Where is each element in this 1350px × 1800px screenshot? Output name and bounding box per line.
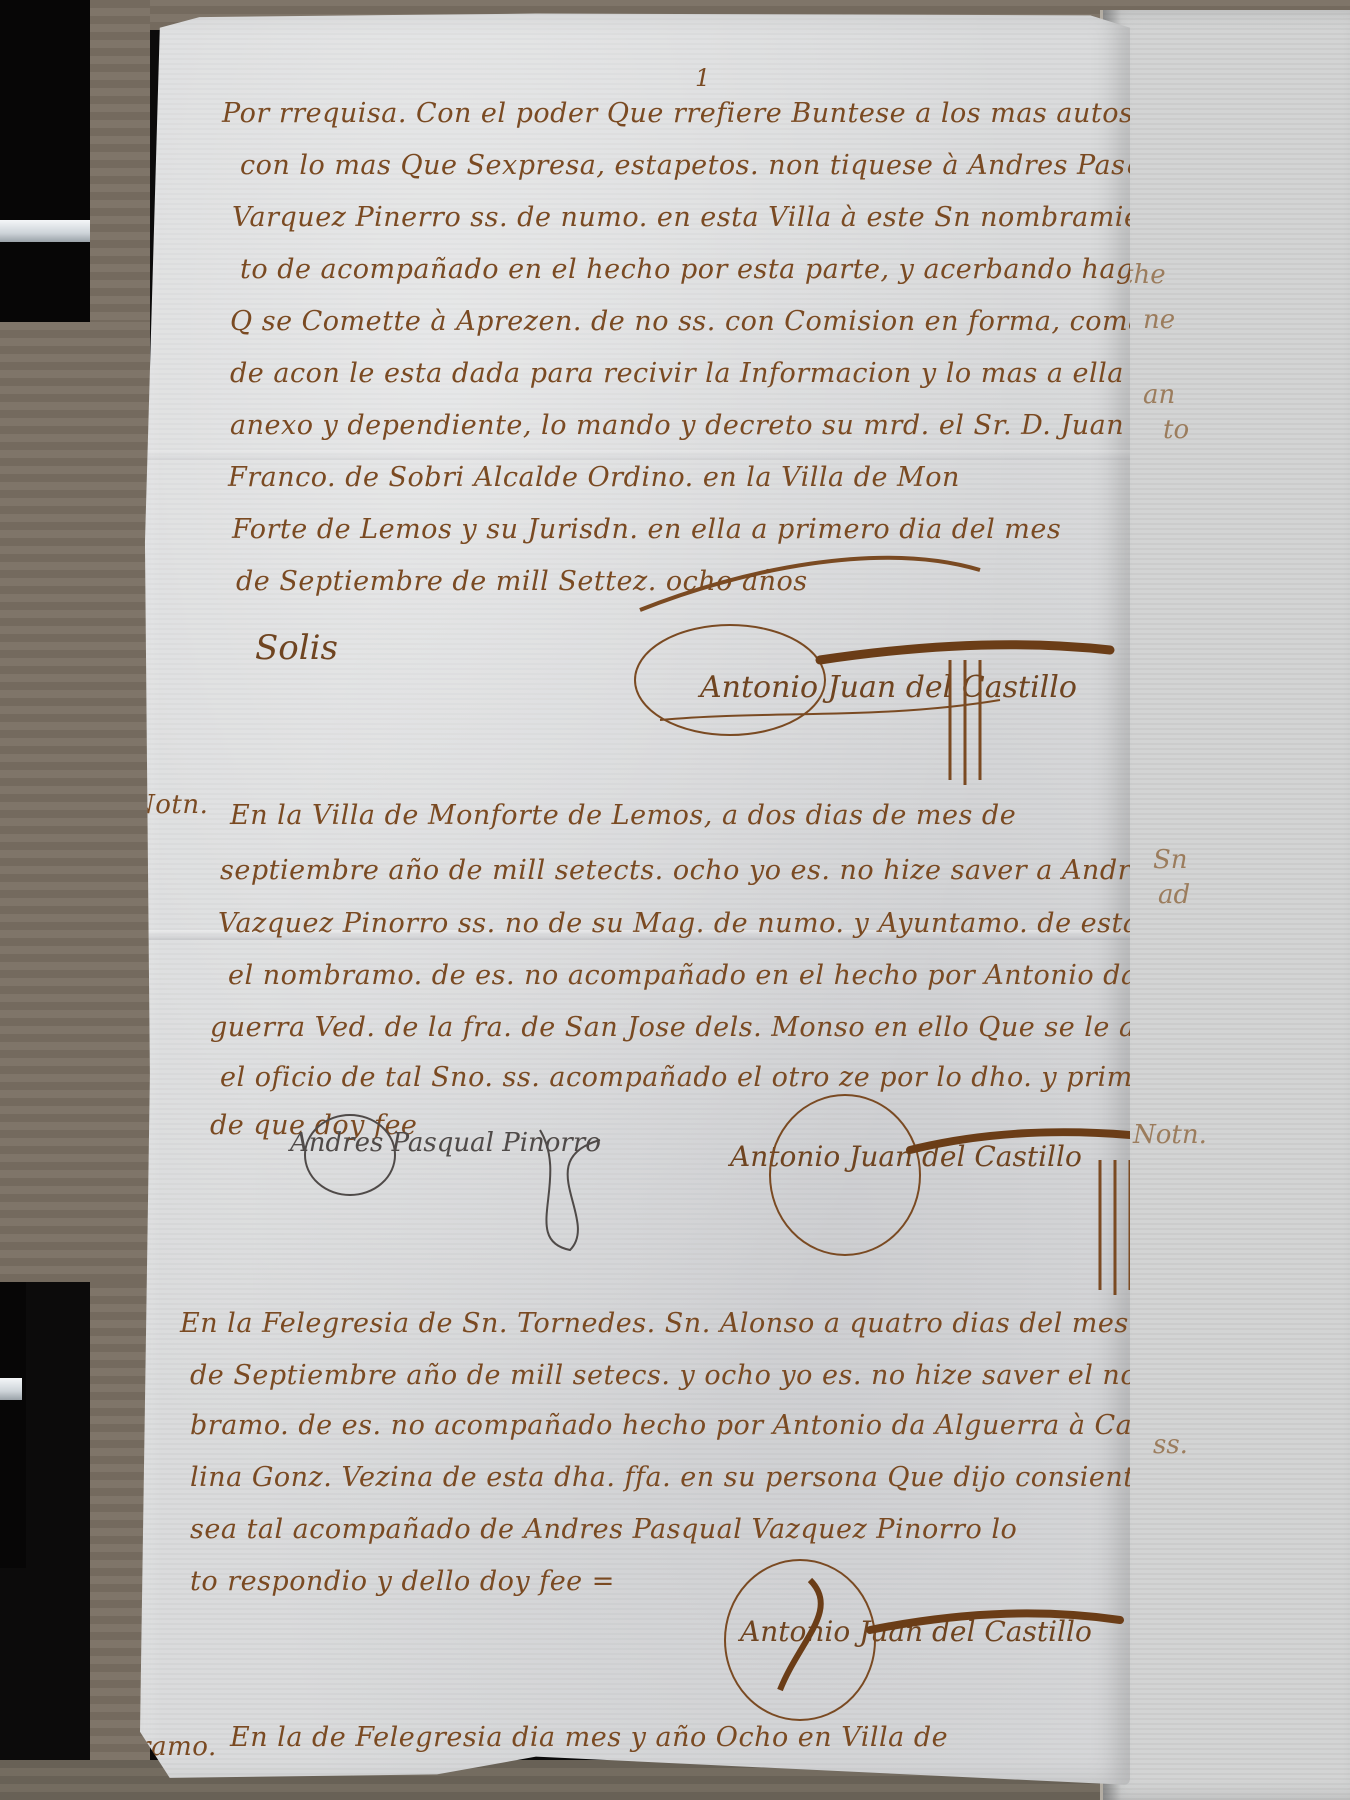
adjacent-page: the ne an to ss. Sn ad Notn. [1100, 10, 1350, 1800]
manuscript-line: anexo y dependiente, lo mando y decreto … [230, 410, 1124, 441]
manuscript-line: Varquez Pinerro ss. de numo. en esta Vil… [232, 202, 1186, 233]
manuscript-line: Por rrequisa. Con el poder Que rrefiere … [222, 98, 1133, 129]
manuscript-line: con lo mas Que Sexpresa, estapetos. non … [240, 150, 1187, 181]
margin-rubric: Solis [255, 628, 338, 668]
manuscript-line: bramo. de es. no acompañado hecho por An… [190, 1410, 1178, 1441]
signature-flourish-icon [720, 1550, 1140, 1750]
manuscript-line: de acon le esta dada para recivir la Inf… [230, 358, 1124, 389]
background-light-rod [0, 1378, 22, 1400]
notary-signature: Antonio Juan del Castillo [730, 1140, 1082, 1173]
manuscript-page: 1 Por rrequisa. Con el poder Que rrefier… [140, 10, 1130, 1785]
adjacent-page-fragment: to [1163, 415, 1189, 445]
page-number-mark: 1 [695, 64, 711, 92]
notary-signature: Antonio Juan del Castillo [700, 670, 1077, 705]
manuscript-line: el nombramo. de es. no acompañado en el … [228, 960, 1176, 991]
background-light-rod [0, 220, 92, 242]
adjacent-page-fragment: ss. [1153, 1430, 1188, 1460]
paper-fold [140, 450, 1130, 460]
manuscript-line: de Septiembre año de mill setecs. y ocho… [190, 1360, 1163, 1391]
adjacent-page-fragment: an [1143, 380, 1175, 410]
witness-signature: Andres Pasqual Pinorro [290, 1128, 601, 1158]
adjacent-page-fragment: Sn [1153, 845, 1188, 875]
background-gap-top [0, 0, 90, 322]
manuscript-line: Q se Comette à Aprezen. de no ss. con Co… [230, 306, 1257, 337]
manuscript-line: guerra Ved. de la fra. de San Jose dels.… [210, 1012, 1211, 1043]
adjacent-page-fragment: ad [1158, 880, 1190, 910]
manuscript-line: el oficio de tal Sno. ss. acompañado el … [220, 1062, 1234, 1093]
manuscript-line: Vazquez Pinorro ss. no de su Mag. de num… [218, 908, 1270, 939]
manuscript-line: En la Felegresia de Sn. Tornedes. Sn. Al… [180, 1308, 1129, 1339]
manuscript-line: En la Villa de Monforte de Lemos, a dos … [230, 800, 1016, 831]
background-gap-bottom [0, 1268, 26, 1568]
manuscript-line: Forte de Lemos y su Jurisdn. en ella a p… [232, 514, 1061, 545]
manuscript-line: septiembre año de mill setects. ocho yo … [220, 855, 1281, 886]
manuscript-line: lina Gonz. Vezina de esta dha. ffa. en s… [190, 1462, 1247, 1493]
photo-stage: the ne an to ss. Sn ad Notn. 1 Por rrequ… [0, 0, 1350, 1800]
notary-signature: Antonio Juan del Castillo [740, 1615, 1092, 1648]
manuscript-line: Franco. de Sobri Alcalde Ordino. en la V… [228, 462, 960, 493]
adjacent-page-fragment: Notn. [1133, 1120, 1207, 1150]
cardboard-frame-mid [0, 322, 150, 1282]
manuscript-line: to de acompañado en el hecho por esta pa… [240, 254, 1245, 285]
manuscript-line: de Septiembre de mill Settez. ocho años [236, 566, 808, 597]
manuscript-line: to respondio y dello doy fee = [190, 1566, 615, 1597]
manuscript-line: sea tal acompañado de Andres Pasqual Vaz… [190, 1514, 1017, 1545]
adjacent-page-fragment: ne [1143, 305, 1175, 335]
manuscript-line: En la de Felegresia dia mes y año Ocho e… [230, 1722, 948, 1753]
